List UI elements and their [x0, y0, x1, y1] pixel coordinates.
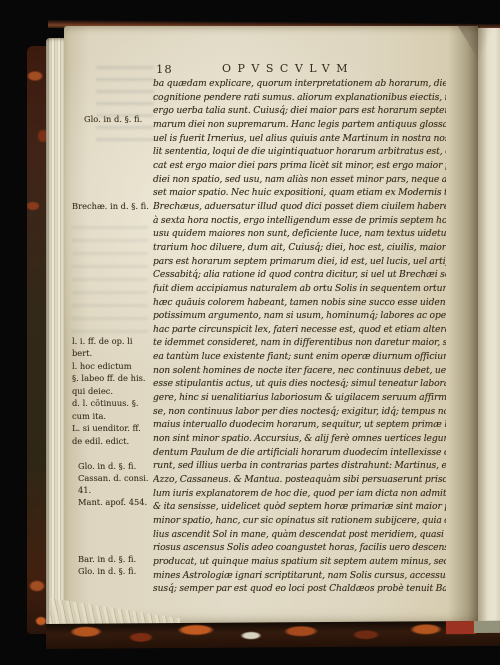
margin-note: L. si uenditor. ff. — [72, 423, 141, 433]
text-line: te idemmet consideret, nam in differenti… — [153, 336, 446, 350]
text-line: lit sententia, loqui de die uigintiquatu… — [153, 145, 446, 159]
margin-note: de edil. edict. — [72, 436, 129, 446]
text-line: à sexta hora noctis, ergo intelligendum … — [153, 214, 446, 228]
text-line: ergo uerba talia sunt. Cuiusq́; diei mai… — [153, 104, 446, 118]
margin-note: Bar. in d. §. fi. — [78, 554, 136, 564]
margin-note: 41. — [78, 485, 91, 495]
text-line: non solent homines de nocte iter facere,… — [153, 364, 446, 378]
text-line: non sint minor spatio. Accursius, & alij… — [153, 432, 446, 446]
text-line: maius interuallo duodecim horarum, sequi… — [153, 418, 446, 432]
text-line: fuit diem accipiamus naturalem ab ortu S… — [153, 282, 446, 296]
text-line: cognitione pendere rati sumus. aliorum e… — [153, 91, 446, 105]
text-line: trarium hoc diluere, dum ait, Cuiusq́; d… — [153, 241, 446, 255]
text-line: cat est ergo maior diei pars prima licèt… — [153, 159, 446, 173]
margin-notes-column: Glo. in d. §. fi. Brechæ. in d. §. fi. l… — [72, 26, 156, 626]
text-line: potissimum argumento, nam si usum, homin… — [153, 309, 446, 323]
text-line: esse stipulantis actus, ut quis dies noc… — [153, 377, 446, 391]
text-line: lum iuris explanatorem de hoc die, quod … — [153, 487, 446, 501]
margin-note: cum ita. — [72, 411, 106, 421]
text-line: producat, ut quinque maius spatium sit s… — [153, 555, 446, 569]
text-line: & ita sensisse, uidelicet quòd septem ho… — [153, 500, 446, 514]
text-line: susq́; semper par est quod eo loci post … — [153, 582, 446, 596]
book-page: 18 OPVSCVLVM Glo. in d. §. fi. Brechæ. i… — [64, 26, 478, 626]
text-line: set maior spatio. Nec huic expositioni, … — [153, 186, 446, 200]
bottom-edge-green-segment — [474, 621, 500, 633]
text-line: runt, sed illius uerba in contrarias par… — [153, 459, 446, 473]
text-line: lius ascendit Sol in mane, quàm descenda… — [153, 528, 446, 542]
margin-note: d. l. cōtinuus. §. — [72, 398, 139, 408]
text-line: riosus ascensus Solis adeo coangustet ho… — [153, 541, 446, 555]
running-title: OPVSCVLVM — [222, 62, 354, 75]
text-line: dentum Paulum de die artificiali horarum… — [153, 446, 446, 460]
margin-note: l. hoc edictum — [72, 361, 132, 371]
facing-page-edge — [478, 28, 500, 626]
margin-note: §. labeo ff. de his. — [72, 373, 146, 383]
book-bottom-cover-marbled-edge — [46, 621, 500, 649]
text-line: Cessabitq́; alia ratione id quod contra … — [153, 268, 446, 282]
text-line: Brechæus, aduersatur illud quod dici pos… — [153, 200, 446, 214]
page-header: 18 OPVSCVLVM — [154, 62, 446, 78]
margin-note: Glo. in d. §. fi. — [78, 566, 136, 576]
margin-note: bert. — [72, 348, 92, 358]
margin-note: Glo. in d. §. fi. — [78, 461, 136, 471]
margin-note: Mant. apof. 454. — [78, 497, 147, 507]
text-line: marum diei non supremarum. Hanc legis pa… — [153, 118, 446, 132]
text-line: hac parte circunspicit lex, fateri neces… — [153, 323, 446, 337]
bottom-edge-red-segment — [446, 621, 476, 634]
text-line: diei non spatio, sed usu, nam aliàs non … — [153, 173, 446, 187]
margin-note: Brechæ. in d. §. fi. — [72, 201, 149, 211]
text-line: hæc quāuis colorem habeant, tamen nobis … — [153, 296, 446, 310]
text-line: pars est horarum septem primarum diei, i… — [153, 255, 446, 269]
margin-note: l. i. ff. de op. li — [72, 336, 132, 346]
main-text-block: ba quædam explicare, quorum interpretati… — [153, 77, 446, 596]
gutter-shadow — [448, 26, 480, 626]
page-number: 18 — [156, 62, 173, 76]
text-line: gere, hinc si uenalitiarius laboriosum &… — [153, 391, 446, 405]
text-line: se, non continuus labor per dies noctesq… — [153, 405, 446, 419]
text-line: ba quædam explicare, quorum interpretati… — [153, 77, 446, 91]
text-line: mines Astrologiæ ignari scriptitarunt, n… — [153, 569, 446, 583]
text-line: ea tantùm luce existente fiant; sunt eni… — [153, 350, 446, 364]
text-line: usu quidem maiores non sunt, deficiente … — [153, 227, 446, 241]
text-line: minor spatio, hanc, cur sic opinatus sit… — [153, 514, 446, 528]
margin-note: Cassan. d. consi. — [78, 473, 149, 483]
text-line: Azzo, Cassaneus. & Mantua. posteaquàm si… — [153, 473, 446, 487]
margin-note: Glo. in d. §. fi. — [84, 114, 142, 124]
photo-background: 18 OPVSCVLVM Glo. in d. §. fi. Brechæ. i… — [0, 0, 500, 665]
text-line: uel is fuerit Irnerius, uel alius quiuis… — [153, 132, 446, 146]
margin-note: qui deiec. — [72, 386, 113, 396]
